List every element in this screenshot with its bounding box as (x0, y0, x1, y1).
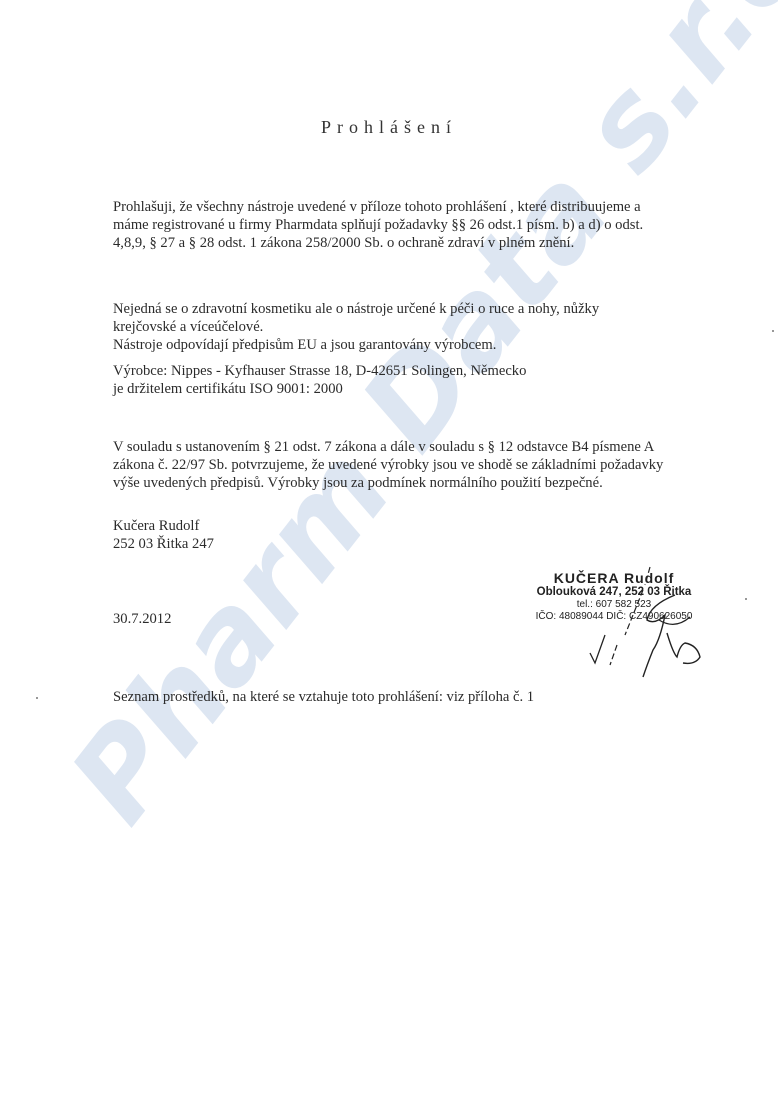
stamp-ids: IČO: 48089044 DIČ: CZ490626050 (514, 611, 714, 623)
company-stamp: KUČERA Rudolf Oblouková 247, 252 03 Řitk… (514, 570, 714, 623)
scan-speck (36, 697, 38, 699)
compliance-paragraph: V souladu s ustanovením § 21 odst. 7 zák… (113, 438, 713, 492)
stamp-phone: tel.: 607 582 523 (514, 599, 714, 611)
scan-speck (772, 330, 774, 332)
stamp-name: KUČERA Rudolf (514, 570, 714, 586)
product-description-paragraph: Nejedná se o zdravotní kosmetiku ale o n… (113, 300, 713, 354)
declaration-paragraph: Prohlašuji, že všechny nástroje uvedené … (113, 198, 713, 252)
manufacturer-paragraph: Výrobce: Nippes - Kyfhauser Strasse 18, … (113, 362, 713, 398)
appendix-reference: Seznam prostředků, na které se vztahuje … (113, 688, 713, 706)
stamp-address: Oblouková 247, 252 03 Řitka (514, 586, 714, 599)
document-title: Prohlášení (0, 117, 778, 138)
signatory-address: Kučera Rudolf 252 03 Řitka 247 (113, 517, 713, 553)
scan-speck (745, 598, 747, 600)
